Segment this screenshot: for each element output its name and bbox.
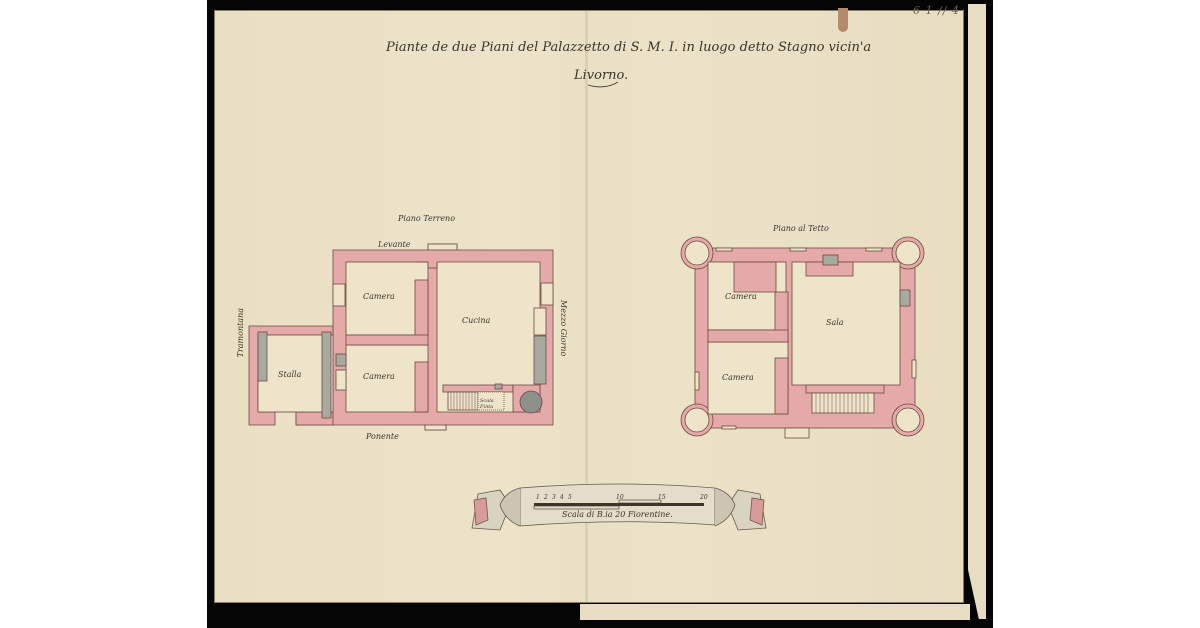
upper-floor-title: Piano al Tetto: [773, 224, 829, 233]
room-label-camera-1: Camera: [363, 292, 395, 301]
room-label-cucina: Cucina: [462, 316, 490, 325]
scale-tick: 4: [560, 494, 564, 501]
room-label-camera-upper-1: Camera: [725, 292, 757, 301]
room-label-sala: Sala: [826, 318, 844, 327]
orientation-tramontana: Tramontana: [236, 308, 245, 357]
ground-floor-plan: [249, 244, 553, 430]
orientation-mezzo-giorno: Mezzo Giorno: [559, 300, 568, 356]
room-label-stalla: Stalla: [278, 370, 301, 379]
scale-tick: 10: [616, 494, 624, 501]
scale-tick: 20: [700, 494, 708, 501]
room-label-camera-upper-2: Camera: [722, 373, 754, 382]
scale-tick: 3: [552, 494, 556, 501]
scale-caption: Scala di B.ia 20 Fiorentine.: [562, 510, 673, 519]
scale-tick: 2: [544, 494, 548, 501]
scale-tick: 15: [658, 494, 666, 501]
ground-floor-title: Piano Terreno: [398, 214, 455, 223]
floor-plans-drawing: [0, 0, 1200, 628]
orientation-levante: Levante: [378, 240, 410, 249]
room-label-camera-2: Camera: [363, 372, 395, 381]
scale-tick: 1: [536, 494, 540, 501]
room-label-scala-finta: Scala Finta: [480, 398, 504, 410]
upper-floor-plan: [681, 237, 924, 438]
scale-cartouche: [472, 484, 766, 530]
scale-tick: 5: [568, 494, 572, 501]
orientation-ponente: Ponente: [366, 432, 399, 441]
